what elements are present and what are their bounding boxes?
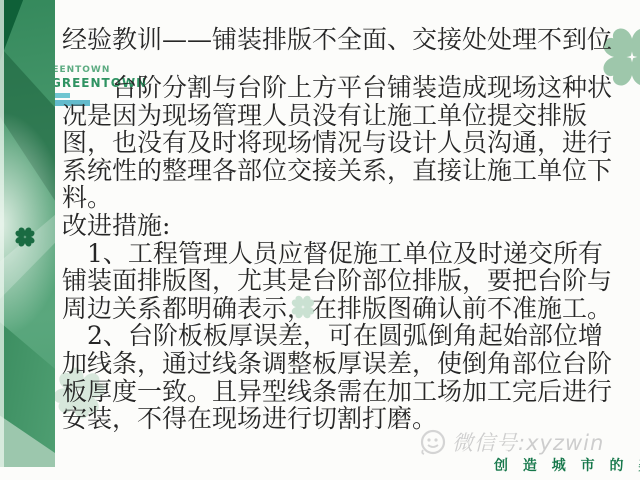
clover-icon <box>14 226 36 248</box>
body-line: 铺装面排版图，尤其是台阶部位排版，要把台阶与 <box>62 267 612 295</box>
body-line: 加线条，通过线条调整板厚误差，使倒角部位台阶 <box>62 350 612 378</box>
wechat-icon <box>418 428 448 456</box>
body-line: 料。 <box>62 184 612 212</box>
band-edge-highlight <box>0 0 4 467</box>
body-line: 板厚度一致。且异型线条需在加工场加工完后进行 <box>62 378 612 406</box>
body-line: 改进措施: <box>62 212 612 240</box>
slogan-text: 创 造 城 市 的 美 丽 <box>494 455 640 475</box>
body-line: 1、工程管理人员应督促施工单位及时递交所有 <box>62 240 612 268</box>
presentation-slide: GREENTOWN GREENTOWN 经验教训——铺装排版不全面、交接处处理不… <box>0 0 640 480</box>
slide-title: 经验教训——铺装排版不全面、交接处处理不到位 <box>62 20 612 56</box>
body-line: 系统性的整理各部位交接关系，直接让施工单位下 <box>62 157 612 185</box>
body-line: 台阶分割与台阶上方平台铺装造成现场这种状 <box>62 74 612 102</box>
left-decorative-band <box>0 0 55 467</box>
body-line: 图，也没有及时将现场情况与设计人员沟通，进行 <box>62 129 612 157</box>
slide-body: 台阶分割与台阶上方平台铺装造成现场这种状 况是因为现场管理人员没有让施工单位提交… <box>62 74 612 433</box>
body-line: 周边关系都明确表示，在排版图确认前不准施工。 <box>62 295 612 323</box>
body-line: 2、台阶板板厚误差，可在圆弧倒角起始部位增 <box>62 322 612 350</box>
body-line: 况是因为现场管理人员没有让施工单位提交排版 <box>62 102 612 130</box>
wechat-id-label: 微信号:xyzwin <box>452 427 604 457</box>
wechat-watermark: 微信号:xyzwin <box>418 427 604 457</box>
